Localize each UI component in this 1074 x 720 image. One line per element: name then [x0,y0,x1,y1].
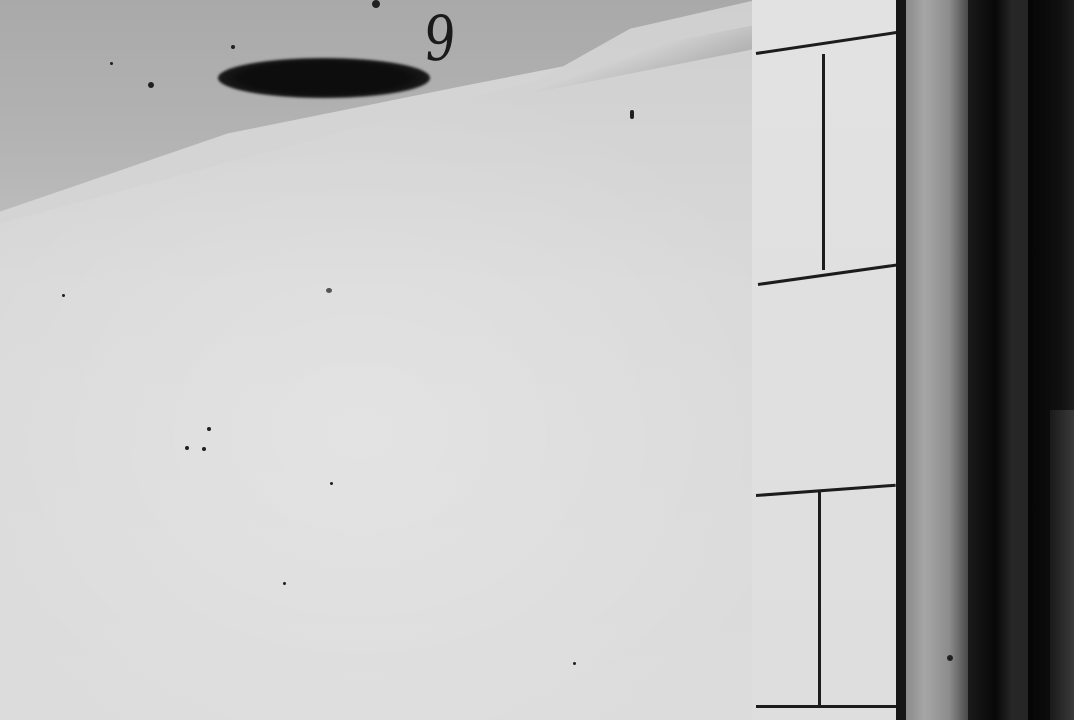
dust-speck [231,45,235,49]
door-frame-lower [1050,410,1074,720]
flying-object [218,58,430,98]
dust-speck [372,0,380,8]
dust-speck [330,482,333,485]
dust-speck [326,288,332,293]
dust-speck [185,446,189,450]
dust-speck [148,82,154,88]
dust-speck [947,655,953,661]
photograph: 9 [0,0,1074,720]
door-frame-mid [1014,0,1028,720]
door-frame-light [906,0,968,720]
dust-speck [283,582,286,585]
dust-speck [207,427,211,431]
panel-line [756,484,896,497]
dust-speck [202,447,206,451]
panel-line [756,30,901,55]
dust-speck [62,294,65,297]
handwritten-annotation: 9 [422,8,458,70]
dust-speck [630,110,634,119]
door-frame-shadow [968,0,1014,720]
dust-speck [110,62,113,65]
panel-line [758,263,899,286]
dust-speck [573,662,576,665]
panel-line [756,705,896,708]
panel-line [818,490,821,706]
wall-panel [752,0,902,720]
door-frame-edge [896,0,906,720]
panel-line [822,54,825,270]
